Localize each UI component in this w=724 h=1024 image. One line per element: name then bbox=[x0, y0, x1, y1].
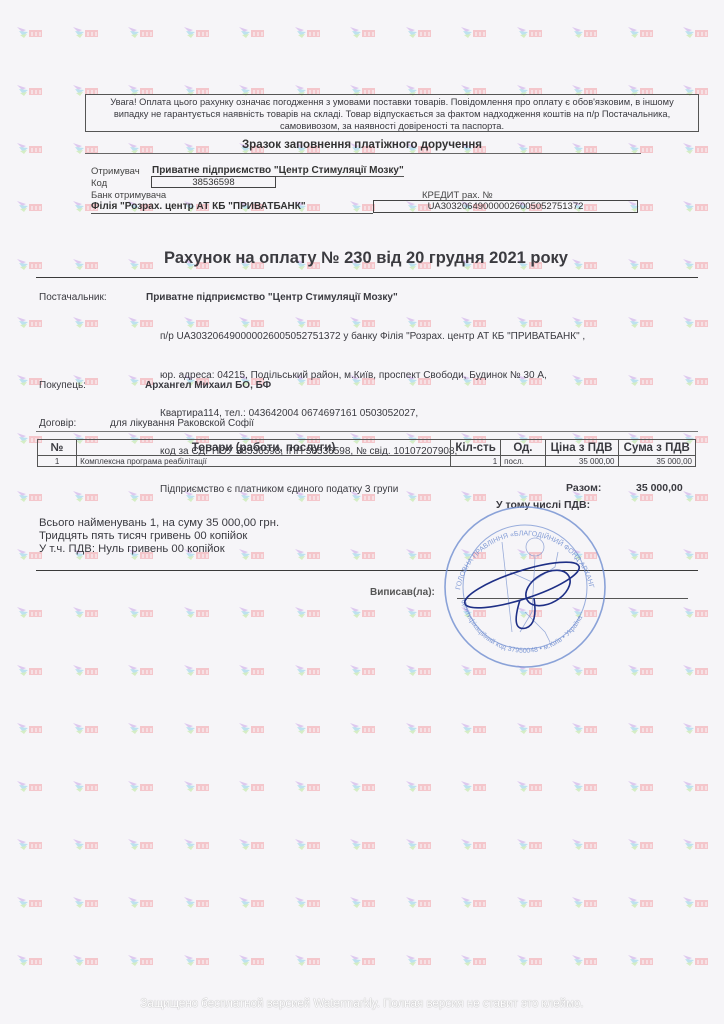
code-value: 38536598 bbox=[151, 176, 276, 188]
watermark-logo-icon bbox=[516, 24, 544, 40]
watermark-logo-icon bbox=[127, 604, 155, 620]
watermark-logo-icon bbox=[682, 24, 710, 40]
watermark-logo-icon bbox=[349, 662, 377, 678]
watermark-logo-icon bbox=[16, 198, 44, 214]
watermark-logo-icon bbox=[682, 372, 710, 388]
watermark-logo-icon bbox=[516, 836, 544, 852]
watermark-logo-icon bbox=[516, 894, 544, 910]
table-row: 1 Комплексна програма реабілітації 1 пос… bbox=[38, 456, 696, 467]
watermark-logo-icon bbox=[682, 488, 710, 504]
watermark-logo-icon bbox=[183, 836, 211, 852]
bank-label: Банк отримувача bbox=[91, 190, 166, 201]
col-sum: Сума з ПДВ bbox=[618, 440, 696, 456]
watermark-logo-icon bbox=[238, 662, 266, 678]
row-sum: 35 000,00 bbox=[618, 456, 696, 467]
supplier-label: Постачальник: bbox=[39, 292, 107, 303]
watermark-logo-icon bbox=[460, 836, 488, 852]
watermark-logo-icon bbox=[294, 836, 322, 852]
watermark-logo-icon bbox=[349, 546, 377, 562]
watermark-logo-icon bbox=[682, 198, 710, 214]
watermark-logo-icon bbox=[238, 720, 266, 736]
watermark-logo-icon bbox=[294, 894, 322, 910]
watermark-logo-icon bbox=[72, 662, 100, 678]
row-qty: 1 bbox=[450, 456, 500, 467]
watermark-logo-icon bbox=[682, 662, 710, 678]
watermark-logo-icon bbox=[516, 720, 544, 736]
watermark-logo-icon bbox=[571, 24, 599, 40]
watermark-logo-icon bbox=[16, 488, 44, 504]
watermark-logo-icon bbox=[349, 24, 377, 40]
watermark-logo-icon bbox=[516, 778, 544, 794]
watermark-logo-icon bbox=[127, 314, 155, 330]
watermark-logo-icon bbox=[627, 604, 655, 620]
watermark-logo-icon bbox=[627, 720, 655, 736]
watermark-logo-icon bbox=[294, 952, 322, 968]
row-unit: посл. bbox=[501, 456, 545, 467]
code-label: Код bbox=[91, 178, 107, 189]
watermark-logo-icon bbox=[627, 778, 655, 794]
watermark-logo-icon bbox=[16, 662, 44, 678]
notice-line: Увага! Оплата цього рахунку означає пого… bbox=[86, 96, 698, 108]
watermark-logo-icon bbox=[460, 720, 488, 736]
watermark-logo-icon bbox=[460, 24, 488, 40]
watermark-logo-icon bbox=[238, 604, 266, 620]
watermark-logo-icon bbox=[627, 372, 655, 388]
watermark-logo-icon bbox=[127, 720, 155, 736]
row-price: 35 000,00 bbox=[545, 456, 618, 467]
watermark-logo-icon bbox=[16, 720, 44, 736]
table-header-row: № Товари (работи, послуги) Кіл-сть Од. Ц… bbox=[38, 440, 696, 456]
watermark-logo-icon bbox=[460, 952, 488, 968]
summary-items-line: Всього найменувань 1, на суму 35 000,00 … bbox=[39, 517, 279, 530]
watermark-logo-icon bbox=[183, 894, 211, 910]
watermark-logo-icon bbox=[682, 778, 710, 794]
watermark-logo-icon bbox=[294, 546, 322, 562]
watermark-logo-icon bbox=[627, 894, 655, 910]
watermark-logo-icon bbox=[405, 604, 433, 620]
invoice-page: Увага! Оплата цього рахунку означає пого… bbox=[0, 0, 724, 1024]
watermark-logo-icon bbox=[349, 720, 377, 736]
watermark-logo-icon bbox=[238, 778, 266, 794]
watermark-logo-icon bbox=[405, 778, 433, 794]
watermark-logo-icon bbox=[571, 778, 599, 794]
watermark-logo-icon bbox=[72, 24, 100, 40]
watermark-logo-icon bbox=[571, 836, 599, 852]
company-stamp: ГОЛОВНА ПРАВЛІННЯ «БЛАГОДІЙНИЙ ФОНД АРХА… bbox=[440, 502, 610, 672]
watermark-logo-icon bbox=[627, 546, 655, 562]
watermark-logo-icon bbox=[127, 894, 155, 910]
watermark-logo-icon bbox=[571, 720, 599, 736]
watermark-logo-icon bbox=[294, 24, 322, 40]
watermark-logo-icon bbox=[16, 952, 44, 968]
watermark-logo-icon bbox=[16, 24, 44, 40]
contract-divider bbox=[36, 431, 698, 432]
items-table: № Товари (работи, послуги) Кіл-сть Од. Ц… bbox=[37, 439, 696, 467]
watermark-logo-icon bbox=[72, 952, 100, 968]
watermark-logo-icon bbox=[16, 836, 44, 852]
watermark-logo-icon bbox=[72, 604, 100, 620]
row-number: 1 bbox=[38, 456, 77, 467]
watermark-logo-icon bbox=[627, 662, 655, 678]
watermark-logo-icon bbox=[571, 894, 599, 910]
watermark-logo-icon bbox=[405, 24, 433, 40]
watermark-logo-icon bbox=[238, 894, 266, 910]
watermark-logo-icon bbox=[127, 778, 155, 794]
col-unit: Од. bbox=[501, 440, 545, 456]
col-price: Ціна з ПДВ bbox=[545, 440, 618, 456]
watermark-logo-icon bbox=[349, 778, 377, 794]
watermark-logo-icon bbox=[127, 24, 155, 40]
invoice-title: Рахунок на оплату № 230 від 20 грудня 20… bbox=[0, 249, 724, 268]
watermark-logo-icon bbox=[72, 836, 100, 852]
watermark-logo-icon bbox=[682, 894, 710, 910]
summary-vat-line: У т.ч. ПДВ: Нуль гривень 00 копійок bbox=[39, 543, 279, 556]
watermark-logo-icon bbox=[516, 952, 544, 968]
watermark-footer-text: Защищено бесплатной версией Watermarkly.… bbox=[0, 998, 724, 1010]
buyer-name: Архангел Михаил БО, БФ bbox=[145, 380, 271, 391]
watermark-logo-icon bbox=[627, 24, 655, 40]
summary-words-line: Тридцять пять тисяч гривень 00 копійок bbox=[39, 530, 279, 543]
watermark-logo-icon bbox=[294, 720, 322, 736]
watermark-logo-icon bbox=[682, 836, 710, 852]
watermark-logo-icon bbox=[72, 894, 100, 910]
watermark-logo-icon bbox=[72, 778, 100, 794]
supplier-details: п/р UA303206490000026005052751372 у банк… bbox=[160, 306, 585, 522]
account-value: UA303206490000026005052751372 bbox=[373, 200, 638, 213]
watermark-logo-icon bbox=[682, 546, 710, 562]
watermark-logo-icon bbox=[183, 778, 211, 794]
watermark-logo-icon bbox=[127, 662, 155, 678]
watermark-logo-icon bbox=[349, 836, 377, 852]
supplier-tax-line: Підприємство є платником єдиного податку… bbox=[160, 484, 585, 497]
watermark-logo-icon bbox=[16, 314, 44, 330]
watermark-logo-icon bbox=[127, 836, 155, 852]
notice-line: випадку не гарантується наявність товарі… bbox=[86, 108, 698, 120]
notice-line: самовивозом, за наявності довіреності та… bbox=[86, 120, 698, 132]
watermark-logo-icon bbox=[460, 778, 488, 794]
watermark-logo-icon bbox=[72, 314, 100, 330]
watermark-logo-icon bbox=[627, 836, 655, 852]
recipient-label: Отримувач bbox=[91, 166, 140, 177]
watermark-logo-icon bbox=[294, 778, 322, 794]
watermark-logo-icon bbox=[405, 662, 433, 678]
watermark-logo-icon bbox=[405, 952, 433, 968]
total-value: 35 000,00 bbox=[636, 482, 683, 494]
col-number: № bbox=[38, 440, 77, 456]
supplier-name: Приватне підприємство "Центр Стимуляції … bbox=[146, 292, 398, 303]
signature-scribble bbox=[461, 553, 584, 628]
watermark-logo-icon bbox=[571, 952, 599, 968]
total-label: Разом: bbox=[566, 482, 601, 494]
watermark-logo-icon bbox=[349, 952, 377, 968]
summary-block: Всього найменувань 1, на суму 35 000,00 … bbox=[39, 517, 279, 556]
watermark-logo-icon bbox=[238, 24, 266, 40]
supplier-account-line: п/р UA303206490000026005052751372 у банк… bbox=[160, 331, 585, 344]
watermark-logo-icon bbox=[405, 720, 433, 736]
col-goods: Товари (работи, послуги) bbox=[77, 440, 451, 456]
watermark-logo-icon bbox=[682, 314, 710, 330]
watermark-logo-icon bbox=[294, 662, 322, 678]
payment-notice-box: Увага! Оплата цього рахунку означає пого… bbox=[85, 94, 699, 132]
payment-sample-title: Зразок заповнення платіжного доручення bbox=[0, 139, 724, 151]
watermark-logo-icon bbox=[349, 604, 377, 620]
issued-by-label: Виписав(ла): bbox=[370, 587, 435, 598]
col-qty: Кіл-сть bbox=[450, 440, 500, 456]
watermark-logo-icon bbox=[183, 24, 211, 40]
watermark-logo-icon bbox=[238, 952, 266, 968]
watermark-logo-icon bbox=[238, 836, 266, 852]
title-divider bbox=[36, 277, 698, 278]
watermark-logo-icon bbox=[72, 720, 100, 736]
watermark-logo-icon bbox=[183, 952, 211, 968]
watermark-logo-icon bbox=[627, 314, 655, 330]
buyer-label: Покупець: bbox=[39, 380, 86, 391]
watermark-logo-icon bbox=[349, 894, 377, 910]
watermark-logo-icon bbox=[682, 604, 710, 620]
watermark-logo-icon bbox=[72, 488, 100, 504]
bank-value: Філія "Розрах. центр АТ КБ "ПРИВАТБАНК" bbox=[91, 201, 306, 212]
watermark-logo-icon bbox=[183, 604, 211, 620]
contract-value: для лікування Раковской Софії bbox=[110, 418, 254, 429]
watermark-logo-icon bbox=[405, 546, 433, 562]
row-goods: Комплексна програма реабілітації bbox=[77, 456, 451, 467]
watermark-logo-icon bbox=[627, 952, 655, 968]
watermark-logo-icon bbox=[127, 952, 155, 968]
bank-underline bbox=[91, 213, 373, 214]
watermark-logo-icon bbox=[127, 488, 155, 504]
contract-label: Договір: bbox=[39, 418, 76, 429]
watermark-logo-icon bbox=[294, 604, 322, 620]
watermark-logo-icon bbox=[682, 952, 710, 968]
watermark-logo-icon bbox=[682, 720, 710, 736]
watermark-logo-icon bbox=[460, 894, 488, 910]
watermark-logo-icon bbox=[16, 894, 44, 910]
watermark-logo-icon bbox=[16, 82, 44, 98]
watermark-logo-icon bbox=[183, 662, 211, 678]
watermark-logo-icon bbox=[16, 604, 44, 620]
watermark-logo-icon bbox=[405, 836, 433, 852]
watermark-logo-icon bbox=[16, 778, 44, 794]
watermark-logo-icon bbox=[183, 720, 211, 736]
watermark-logo-icon bbox=[405, 894, 433, 910]
